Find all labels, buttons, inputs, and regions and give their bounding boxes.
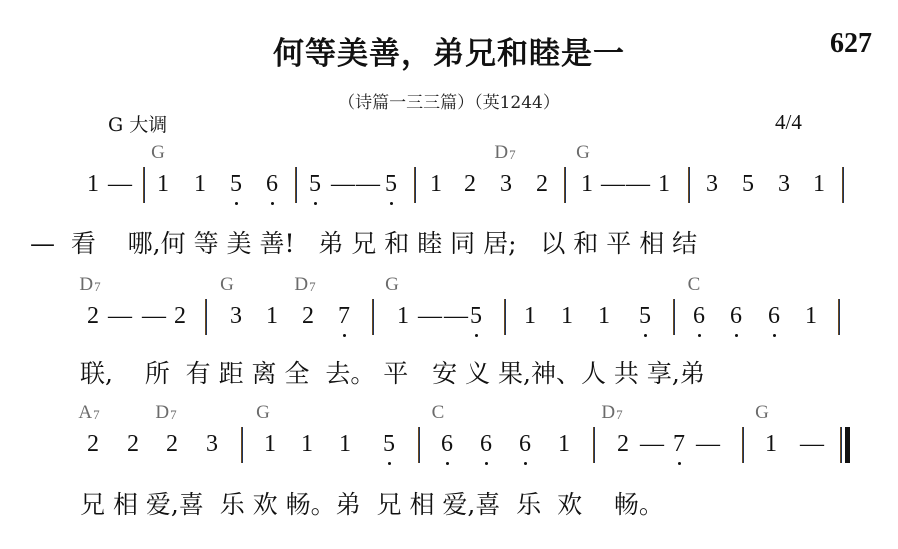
note-text: — (696, 431, 720, 457)
lower-octave-dot-icon (388, 462, 391, 465)
note-numeral: 5 (383, 432, 395, 456)
dash-hold: — (640, 432, 664, 456)
note-numeral: 1 (524, 304, 536, 328)
note-numeral: 6 (730, 304, 742, 328)
chord-root: D (79, 274, 93, 295)
chord-symbol: C (432, 402, 445, 424)
lower-octave-dot-icon (446, 462, 449, 465)
note-numeral: 2 (166, 432, 178, 456)
barline (673, 299, 675, 335)
note-text: 3 (706, 171, 718, 197)
note-text: — (108, 303, 132, 329)
chord-root: G (151, 142, 165, 163)
note-numeral: 2 (302, 304, 314, 328)
barline (418, 427, 420, 463)
chord-root: G (256, 402, 270, 423)
note-text: 1 (581, 171, 593, 197)
final-barline-thick (845, 427, 850, 463)
note-text: 5 (639, 303, 651, 329)
note-numeral: 1 (561, 304, 573, 328)
note-text: 1 (430, 171, 442, 197)
note-numeral: 1 (87, 172, 99, 196)
lower-octave-dot-icon (678, 462, 681, 465)
chord-symbol: G (576, 142, 590, 164)
barline (842, 167, 844, 203)
note-text: 1 (765, 431, 777, 457)
note-text: 2 (127, 431, 139, 457)
barline (742, 427, 744, 463)
note-text: 3 (500, 171, 512, 197)
note-numeral: 5 (230, 172, 242, 196)
note-numeral: 6 (480, 432, 492, 456)
chord-symbol: D7 (494, 142, 515, 164)
chord-symbol: G (385, 274, 399, 296)
chord-root: C (432, 402, 445, 423)
note-numeral: 5 (385, 172, 397, 196)
chord-symbol: G (256, 402, 270, 424)
note-numeral: 1 (339, 432, 351, 456)
note-numeral: 1 (194, 172, 206, 196)
note-text: 1 (157, 171, 169, 197)
note-text: 1 (266, 303, 278, 329)
note-text: 1 (301, 431, 313, 457)
chord-symbol: D7 (294, 274, 315, 296)
chord-extension: 7 (170, 407, 177, 422)
barline (372, 299, 374, 335)
note-text: 2 (302, 303, 314, 329)
chord-root: C (688, 274, 701, 295)
chord-root: D (155, 402, 169, 423)
dash-hold: — (601, 172, 625, 196)
lower-octave-dot-icon (644, 334, 647, 337)
note-text: — (356, 171, 380, 197)
note-text: 1 (658, 171, 670, 197)
note-numeral: 7 (673, 432, 685, 456)
note-text: 5 (385, 171, 397, 197)
note-numeral: 6 (768, 304, 780, 328)
chord-root: G (220, 274, 234, 295)
note-numeral: 3 (206, 432, 218, 456)
chord-root: G (576, 142, 590, 163)
lyrics-line: 兄 相 爱,喜 乐 欢 畅。弟 兄 相 爱,喜 乐 欢 畅。 (80, 485, 664, 521)
note-numeral: 5 (742, 172, 754, 196)
note-numeral: 1 (658, 172, 670, 196)
barline (564, 167, 566, 203)
note-text: 3 (778, 171, 790, 197)
note-text: 5 (309, 171, 321, 197)
note-numeral: 1 (765, 432, 777, 456)
chord-symbol: D7 (155, 402, 176, 424)
note-numeral: 1 (397, 304, 409, 328)
dash-hold: — (331, 172, 355, 196)
note-text: 6 (730, 303, 742, 329)
note-text: 1 (561, 303, 573, 329)
note-numeral: 6 (519, 432, 531, 456)
time-signature: 4/4 (775, 110, 802, 135)
note-numeral: 1 (266, 304, 278, 328)
note-numeral: 1 (301, 432, 313, 456)
note-text: 1 (524, 303, 536, 329)
final-barline-thin (840, 427, 842, 463)
note-text: — (331, 171, 355, 197)
lower-octave-dot-icon (698, 334, 701, 337)
hymn-number: 627 (830, 28, 872, 60)
note-numeral: 1 (598, 304, 610, 328)
note-text: — (800, 431, 824, 457)
note-text: 6 (768, 303, 780, 329)
note-text: 1 (598, 303, 610, 329)
note-numeral: 3 (500, 172, 512, 196)
lyrics-line: — 看 哪,何 等 美 善! 弟 兄 和 睦 同 居; 以 和 平 相 结 (30, 224, 697, 260)
lower-octave-dot-icon (271, 202, 274, 205)
note-numeral: 1 (157, 172, 169, 196)
note-text: — (601, 171, 625, 197)
chord-root: D (294, 274, 308, 295)
barline (688, 167, 690, 203)
note-text: — (640, 431, 664, 457)
note-numeral: 7 (338, 304, 350, 328)
chord-extension: 7 (309, 279, 316, 294)
note-text: 6 (519, 431, 531, 457)
note-text: 5 (470, 303, 482, 329)
dash-hold: — (696, 432, 720, 456)
note-text: 1 (558, 431, 570, 457)
note-text: — (142, 303, 166, 329)
chord-extension: 7 (509, 147, 516, 162)
barline (143, 167, 145, 203)
chord-extension: 7 (616, 407, 623, 422)
note-numeral: 2 (536, 172, 548, 196)
note-numeral: 1 (805, 304, 817, 328)
note-text: 7 (338, 303, 350, 329)
note-numeral: 3 (706, 172, 718, 196)
note-text: 6 (693, 303, 705, 329)
note-text: 7 (673, 431, 685, 457)
key-signature: G 大调 (108, 110, 167, 137)
note-text: 3 (230, 303, 242, 329)
note-numeral: 6 (693, 304, 705, 328)
lower-octave-dot-icon (475, 334, 478, 337)
note-text: — (626, 171, 650, 197)
note-text: 5 (230, 171, 242, 197)
chord-symbol: G (151, 142, 165, 164)
note-text: 2 (174, 303, 186, 329)
dash-hold: — (444, 304, 468, 328)
note-numeral: 3 (230, 304, 242, 328)
note-numeral: 2 (127, 432, 139, 456)
barline (205, 299, 207, 335)
chord-symbol: D7 (601, 402, 622, 424)
barline (593, 427, 595, 463)
chord-symbol: G (220, 274, 234, 296)
note-numeral: 1 (430, 172, 442, 196)
dash-hold: — (108, 304, 132, 328)
note-text: 5 (742, 171, 754, 197)
lower-octave-dot-icon (314, 202, 317, 205)
dash-hold: — (356, 172, 380, 196)
lower-octave-dot-icon (773, 334, 776, 337)
note-text: 1 (805, 303, 817, 329)
note-numeral: 2 (617, 432, 629, 456)
note-numeral: 2 (464, 172, 476, 196)
chord-root: G (385, 274, 399, 295)
chord-extension: 7 (94, 279, 101, 294)
chord-symbol: D7 (79, 274, 100, 296)
lower-octave-dot-icon (235, 202, 238, 205)
lower-octave-dot-icon (390, 202, 393, 205)
barline (838, 299, 840, 335)
chord-root: D (494, 142, 508, 163)
lyrics-line: 联, 所 有 距 离 全 去。 平 安 义 果,神、人 共 享,弟 (80, 354, 705, 390)
note-text: 2 (87, 303, 99, 329)
note-text: 6 (441, 431, 453, 457)
note-numeral: 2 (174, 304, 186, 328)
lower-octave-dot-icon (343, 334, 346, 337)
chord-root: A (78, 402, 92, 423)
note-text: 1 (813, 171, 825, 197)
chord-extension: 7 (93, 407, 100, 422)
chord-root: G (755, 402, 769, 423)
note-text: — (418, 303, 442, 329)
note-numeral: 1 (581, 172, 593, 196)
dash-hold: — (108, 172, 132, 196)
note-text: 2 (87, 431, 99, 457)
dash-hold: — (142, 304, 166, 328)
note-numeral: 5 (470, 304, 482, 328)
barline (414, 167, 416, 203)
note-text: 2 (617, 431, 629, 457)
note-text: — (444, 303, 468, 329)
note-text: 2 (536, 171, 548, 197)
note-numeral: 1 (558, 432, 570, 456)
note-numeral: 1 (264, 432, 276, 456)
note-numeral: 6 (266, 172, 278, 196)
note-text: 1 (397, 303, 409, 329)
note-numeral: 2 (87, 432, 99, 456)
note-text: 5 (383, 431, 395, 457)
chord-symbol: A7 (78, 402, 99, 424)
barline (295, 167, 297, 203)
note-text: 6 (480, 431, 492, 457)
lower-octave-dot-icon (735, 334, 738, 337)
lower-octave-dot-icon (485, 462, 488, 465)
chord-symbol: G (755, 402, 769, 424)
dash-hold: — (418, 304, 442, 328)
note-text: 1 (87, 171, 99, 197)
note-text: 2 (166, 431, 178, 457)
lower-octave-dot-icon (524, 462, 527, 465)
note-text: 2 (464, 171, 476, 197)
hymn-title: 何等美善，弟兄和睦是一 (0, 28, 898, 73)
dash-hold: — (626, 172, 650, 196)
note-text: — (108, 171, 132, 197)
chord-root: D (601, 402, 615, 423)
dash-hold: — (800, 432, 824, 456)
note-numeral: 3 (778, 172, 790, 196)
note-numeral: 1 (813, 172, 825, 196)
note-text: 1 (339, 431, 351, 457)
note-numeral: 5 (639, 304, 651, 328)
note-text: 3 (206, 431, 218, 457)
barline (504, 299, 506, 335)
note-text: 6 (266, 171, 278, 197)
note-numeral: 5 (309, 172, 321, 196)
chord-symbol: C (688, 274, 701, 296)
note-text: 1 (264, 431, 276, 457)
note-numeral: 6 (441, 432, 453, 456)
note-text: 1 (194, 171, 206, 197)
note-numeral: 2 (87, 304, 99, 328)
barline (241, 427, 243, 463)
